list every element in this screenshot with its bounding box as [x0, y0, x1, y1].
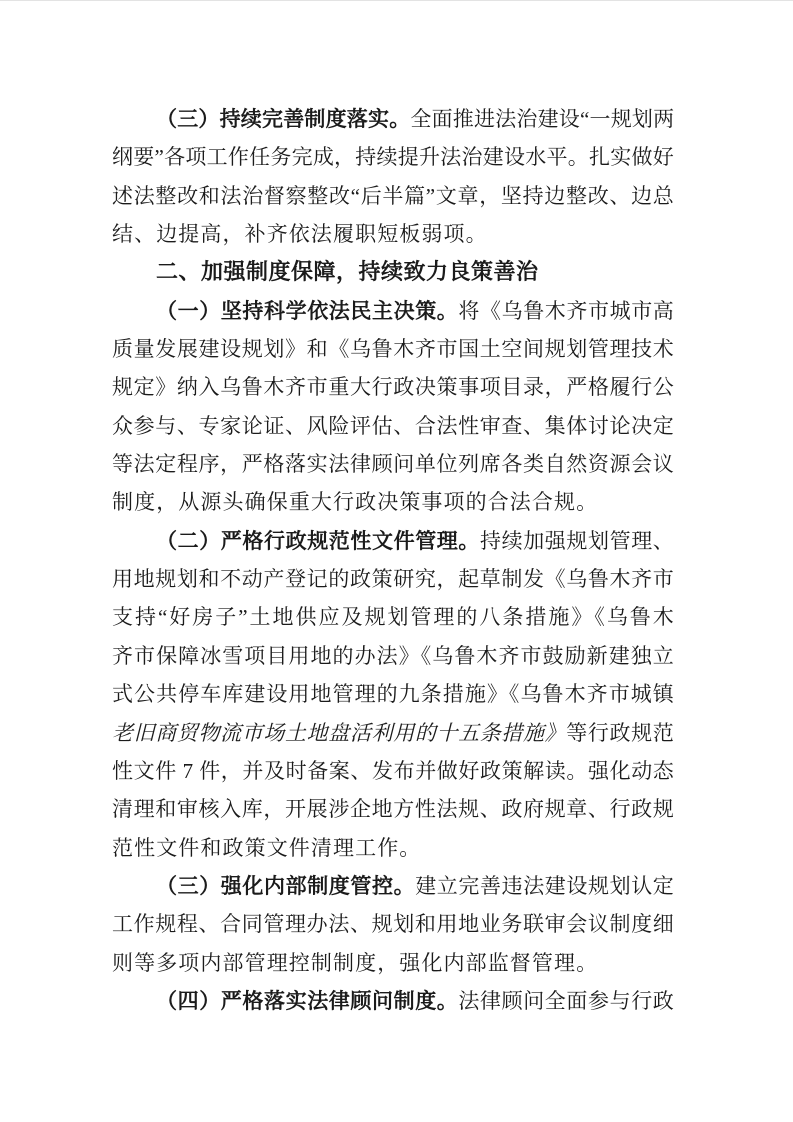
body-text: 质量发展建设规划》和《乌鲁木齐市国土空间规划管理技术: [112, 337, 674, 361]
body-text: 持续加强规划管理、: [480, 529, 674, 553]
body-text: 性文件 7 件，并及时备案、发布并做好政策解读。强化动态: [112, 759, 674, 783]
paragraph-lead-in: （二）严格行政规范性文件管理。: [156, 529, 480, 553]
body-text: 将《乌鲁木齐市城市高: [458, 299, 674, 323]
text-line: 则等多项内部管理控制制度，强化内部监督管理。: [112, 944, 674, 982]
text-line: 支持“好房子”土地供应及规划管理的八条措施》《乌鲁木: [112, 598, 674, 636]
text-line: 老旧商贸物流市场土地盘活利用的十五条措施》等行政规范: [112, 714, 674, 752]
text-line: 性文件 7 件，并及时备案、发布并做好政策解读。强化动态: [112, 752, 674, 790]
body-text: 制度，从源头确保重大行政决策事项的合法合规。: [112, 490, 598, 514]
text-line: 范性文件和政策文件清理工作。: [112, 829, 674, 867]
body-text: 二、加强制度保障，持续致力良策善治: [156, 259, 539, 284]
body-text: 等法定程序，严格落实法律顾问单位列席各类自然资源会议: [112, 452, 674, 476]
text-line: （二）严格行政规范性文件管理。持续加强规划管理、: [112, 522, 674, 560]
paragraph-lead-in: （一）坚持科学依法民主决策。: [156, 299, 458, 323]
text-line: 众参与、专家论证、风险评估、合法性审查、集体讨论决定: [112, 407, 674, 445]
text-line: 结、边提高，补齐依法履职短板弱项。: [112, 215, 674, 253]
body-text: 法律顾问全面参与行政: [458, 989, 674, 1013]
document-text: （三）持续完善制度落实。全面推进法治建设“一规划两纲要”各项工作任务完成，持续提…: [112, 100, 674, 1020]
text-line: 清理和审核入库，开展涉企地方性法规、政府规章、行政规: [112, 790, 674, 828]
body-text: 则等多项内部管理控制制度，强化内部监督管理。: [112, 951, 598, 975]
body-text: 式公共停车库建设用地管理的九条措施》《乌鲁木齐市城镇: [112, 682, 674, 706]
body-text: 全面推进法治建设“一规划两: [410, 107, 674, 131]
paragraph-lead-in: （三）持续完善制度落实。: [156, 107, 410, 131]
body-text: 规定》纳入乌鲁木齐市重大行政决策事项目录，严格履行公: [112, 375, 674, 399]
text-line: （四）严格落实法律顾问制度。法律顾问全面参与行政: [112, 982, 674, 1020]
section-heading: 二、加强制度保障，持续致力良策善治: [112, 253, 674, 291]
body-text: 众参与、专家论证、风险评估、合法性审查、集体讨论决定: [112, 414, 674, 438]
body-text: 齐市保障冰雪项目用地的办法》《乌鲁木齐市鼓励新建独立: [112, 644, 674, 668]
text-line: 规定》纳入乌鲁木齐市重大行政决策事项目录，严格履行公: [112, 368, 674, 406]
text-line: 用地规划和不动产登记的政策研究，起草制发《乌鲁木齐市: [112, 560, 674, 598]
text-line: 纲要”各项工作任务完成，持续提升法治建设水平。扎实做好: [112, 138, 674, 176]
text-line: （三）持续完善制度落实。全面推进法治建设“一规划两: [112, 100, 674, 138]
document-page: （三）持续完善制度落实。全面推进法治建设“一规划两纲要”各项工作任务完成，持续提…: [0, 0, 793, 1122]
paragraph-lead-in: （三）强化内部制度管控。: [156, 874, 415, 898]
text-line: 齐市保障冰雪项目用地的办法》《乌鲁木齐市鼓励新建独立: [112, 637, 674, 675]
body-text: 工作规程、合同管理办法、规划和用地业务联审会议制度细: [112, 912, 674, 936]
body-text: 清理和审核入库，开展涉企地方性法规、政府规章、行政规: [112, 797, 674, 821]
body-text: 范性文件和政策文件清理工作。: [112, 836, 421, 860]
body-text: 建立完善违法建设规划认定: [415, 874, 674, 898]
body-text: 支持“好房子”土地供应及规划管理的八条措施》《乌鲁木: [112, 605, 674, 629]
text-line: （三）强化内部制度管控。建立完善违法建设规划认定: [112, 867, 674, 905]
body-text: 用地规划和不动产登记的政策研究，起草制发《乌鲁木齐市: [112, 567, 674, 591]
text-line: 式公共停车库建设用地管理的九条措施》《乌鲁木齐市城镇: [112, 675, 674, 713]
text-line: 工作规程、合同管理办法、规划和用地业务联审会议制度细: [112, 905, 674, 943]
paragraph-lead-in: （四）严格落实法律顾问制度。: [156, 989, 458, 1013]
body-text: 述法整改和法治督察整改“后半篇”文章，坚持边整改、边总: [112, 184, 674, 208]
text-line: 制度，从源头确保重大行政决策事项的合法合规。: [112, 483, 674, 521]
text-line: 质量发展建设规划》和《乌鲁木齐市国土空间规划管理技术: [112, 330, 674, 368]
text-line: （一）坚持科学依法民主决策。将《乌鲁木齐市城市高: [112, 292, 674, 330]
body-text: 纲要”各项工作任务完成，持续提升法治建设水平。扎实做好: [112, 145, 674, 169]
text-line: 述法整改和法治督察整改“后半篇”文章，坚持边整改、边总: [112, 177, 674, 215]
body-text: 结、边提高，补齐依法履职短板弱项。: [112, 222, 488, 246]
body-text: 老旧商贸物流市场土地盘活利用的十五条措施》: [112, 721, 566, 745]
body-text: 等行政规范: [566, 721, 674, 745]
text-line: 等法定程序，严格落实法律顾问单位列席各类自然资源会议: [112, 445, 674, 483]
